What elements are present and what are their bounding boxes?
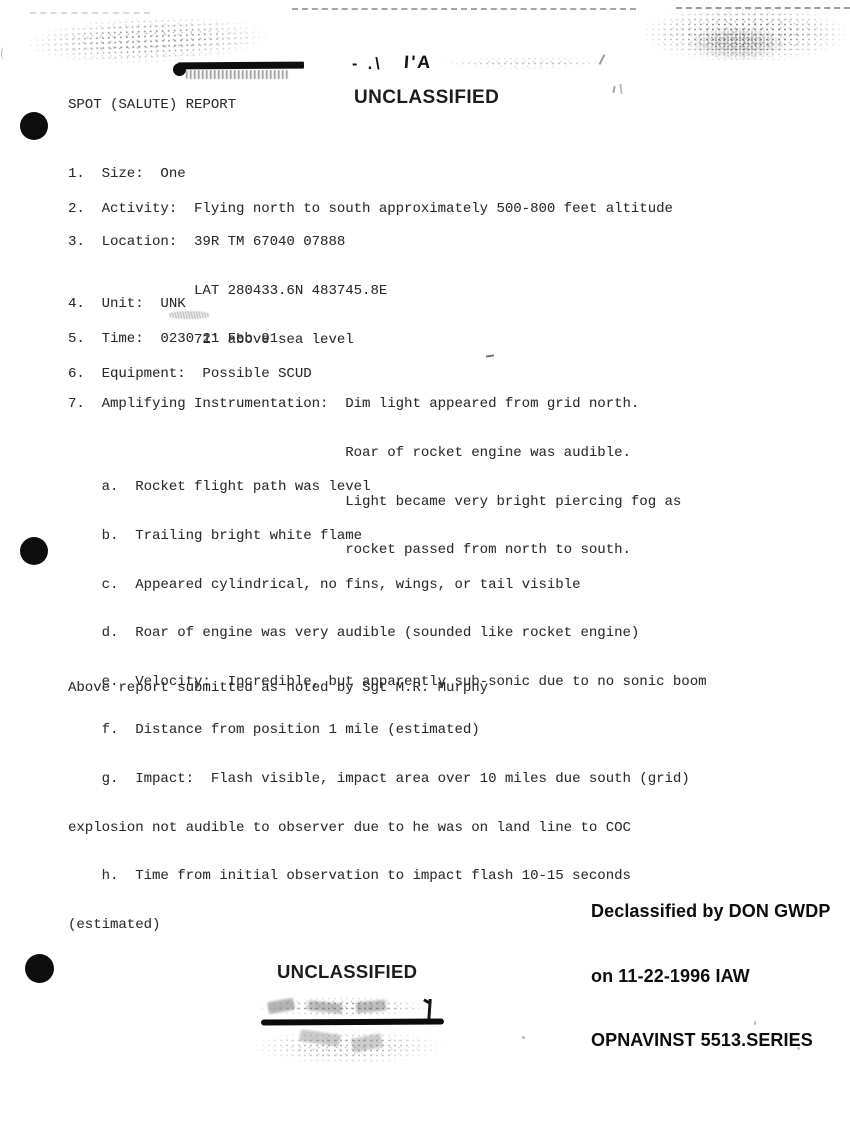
partial-stamp-fragment-right: I'A: [403, 52, 433, 73]
scan-tick-mark: [619, 84, 622, 94]
typed-line: c. Appeared cylindrical, no fins, wings,…: [68, 577, 707, 593]
typed-line: 7. Amplifying Instrumentation: Dim light…: [68, 396, 681, 412]
typed-line: explosion not audible to observer due to…: [68, 820, 707, 836]
declassification-stamp-line: Declassified by DON GWDP: [591, 901, 830, 923]
scan-edge-dashed-line: [676, 7, 850, 9]
scan-tick-mark: [612, 86, 615, 93]
declassification-stamp-line: on 11-22-1996 IAW: [591, 966, 830, 988]
scan-edge-dashed-line: [30, 12, 150, 14]
report-submission-note: Above report submitted as noted by Sgt M…: [68, 648, 488, 729]
crossed-out-stamp-smudge: [248, 1028, 448, 1066]
scan-speck: [754, 1021, 756, 1025]
classification-banner-bottom: UNCLASSIFIED: [277, 961, 417, 983]
scan-noise-trail: [436, 56, 616, 70]
scan-speck: [797, 1047, 800, 1050]
stray-mark: [486, 354, 494, 357]
scanned-document-page: - .\ I'A UNCLASSIFIED SPOT (SALUTE) REPO…: [0, 0, 850, 1131]
scan-edge-mark: [1, 47, 8, 60]
typed-line: 3. Location: 39R TM 67040 07888: [68, 234, 387, 250]
document-title: SPOT (SALUTE) REPORT: [68, 97, 236, 113]
ink-smudge: [168, 311, 210, 319]
typed-line: Above report submitted as noted by Sgt M…: [68, 680, 488, 696]
scan-edge-dashed-line: [292, 8, 636, 10]
redaction-bar: [178, 62, 304, 70]
illegible-stamp-smudge: [186, 70, 288, 79]
scan-speck: [522, 1036, 525, 1039]
scan-noise-top-right-core: [686, 24, 788, 62]
declassification-stamp-line: OPNAVINST 5513.SERIES: [591, 1030, 830, 1052]
hole-punch-dot: [20, 112, 48, 140]
strikethrough-line: [261, 1019, 444, 1026]
classification-banner-top: UNCLASSIFIED: [354, 87, 499, 109]
partial-stamp-fragment-left: - .\: [352, 56, 383, 75]
typed-line: a. Rocket flight path was level: [68, 479, 707, 495]
hole-punch-dot: [25, 954, 54, 983]
typed-line: d. Roar of engine was very audible (soun…: [68, 625, 707, 641]
typed-line: b. Trailing bright white flame: [68, 528, 707, 544]
typed-line: g. Impact: Flash visible, impact area ov…: [68, 771, 707, 787]
declassification-stamp: Declassified by DON GWDP on 11-22-1996 I…: [591, 858, 830, 1095]
hole-punch-dot: [20, 537, 48, 565]
